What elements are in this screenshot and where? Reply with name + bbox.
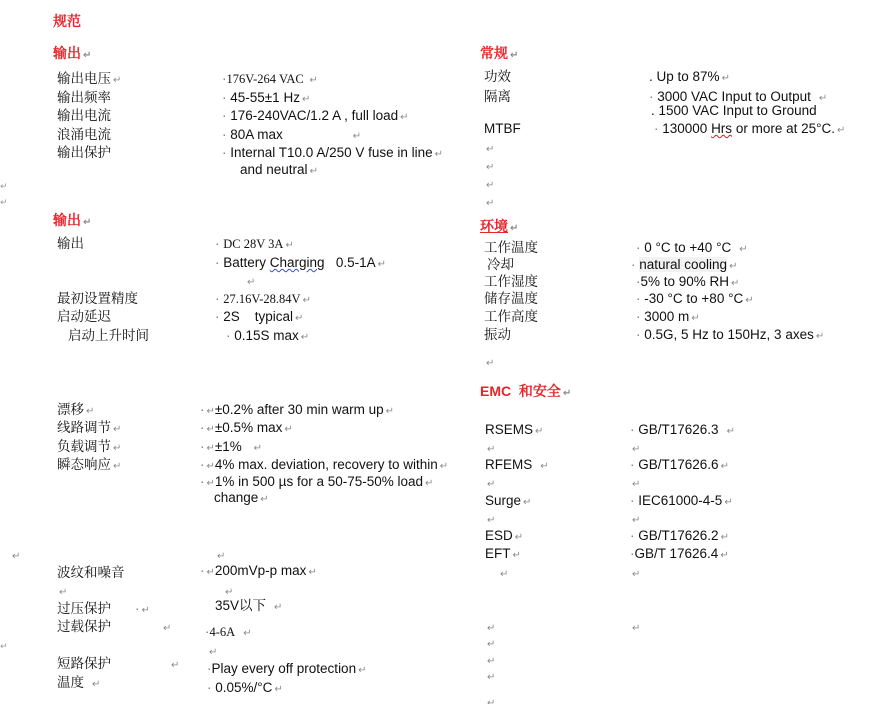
paragraph-mark-icon: [745, 295, 753, 306]
spec-label: 输出电压: [57, 71, 121, 89]
paragraph-mark-icon: [515, 532, 523, 543]
paragraph-mark-icon: [207, 478, 215, 489]
spec-value: 35V以下: [215, 598, 282, 616]
spec-value: · Internal T10.0 A/250 V fuse in line: [222, 145, 443, 163]
paragraph-mark-icon: [513, 550, 521, 561]
paragraph-mark-icon: [163, 623, 171, 634]
paragraph-mark-icon: [142, 605, 150, 616]
spec-label: 启动延迟: [57, 309, 111, 325]
section-heading-environment: 环境: [480, 218, 518, 237]
section-heading-general: 常规: [480, 45, 518, 64]
spec-value: ·±1%: [200, 439, 262, 457]
spec-label: 过压保护·: [57, 601, 150, 619]
spec-label: 储存温度: [484, 291, 538, 307]
paragraph-mark-icon: [400, 112, 408, 123]
paragraph-mark-icon: [523, 497, 531, 508]
spec-value-continued: . 1500 VAC Input to Ground: [651, 103, 817, 119]
paragraph-mark-icon: [819, 93, 827, 104]
paragraph-mark-icon: [113, 443, 121, 454]
spec-label: 工作湿度: [484, 274, 538, 290]
paragraph-mark-icon: [485, 475, 495, 493]
spec-value: · 0.05%/°C: [207, 680, 283, 698]
paragraph-mark-icon: [724, 497, 732, 508]
paragraph-mark-icon: [535, 426, 543, 437]
paragraph-mark-icon: [722, 73, 730, 84]
paragraph-mark-icon: [207, 424, 215, 435]
spec-value: ·±0.2% after 30 min warm up: [200, 402, 394, 420]
spec-value: · 45-55±1 Hz: [222, 90, 310, 108]
paragraph-mark-icon: [720, 550, 728, 561]
spec-label: 最初设置精度: [57, 291, 138, 307]
paragraph-mark-icon: ↵: [0, 638, 8, 654]
paragraph-mark-icon: [113, 424, 121, 435]
paragraph-mark-icon: [353, 131, 361, 142]
spec-value: ·GB/T 17626.4: [630, 546, 729, 564]
spec-value: · GB/T17626.6: [630, 457, 729, 475]
spec-value-continued: change: [214, 490, 269, 508]
spec-value: ·200mVp-p max: [200, 563, 317, 581]
spec-value: · Battery Charging 0.5-1A: [215, 255, 386, 273]
paragraph-mark-icon: [92, 679, 100, 690]
spec-value: ·176V-264 VAC: [222, 71, 318, 89]
paragraph-mark-icon: [10, 547, 20, 565]
paragraph-mark-icon: [378, 259, 386, 270]
spec-value: · DC 28V 3A: [215, 236, 294, 254]
spec-value: · 130000 Hrs or more at 25°C.: [654, 121, 845, 139]
paragraph-mark-icon: [484, 194, 494, 212]
spec-label: ESD: [485, 528, 523, 546]
document-title: 规范: [53, 13, 81, 29]
paragraph-mark-icon: [207, 406, 215, 417]
paragraph-mark-icon: [721, 461, 729, 472]
spec-label: 隔离: [484, 89, 511, 105]
section-heading-output: 输出: [53, 212, 91, 231]
spec-value: · 2S typical: [215, 309, 303, 327]
paragraph-mark-icon: [510, 50, 518, 61]
paragraph-mark-icon: [739, 244, 747, 255]
paragraph-mark-icon: [484, 354, 494, 372]
paragraph-mark-icon: [57, 583, 67, 601]
section-heading-input: 输出: [53, 45, 91, 64]
spec-label: 温度: [57, 675, 100, 693]
paragraph-mark-icon: [295, 313, 303, 324]
spec-value: · 3000 m: [636, 309, 700, 327]
spec-label: 过载保护: [57, 619, 171, 637]
spec-label: 线路调节: [57, 420, 121, 438]
paragraph-mark-icon: [171, 660, 179, 671]
paragraph-mark-icon: [484, 176, 494, 194]
paragraph-mark-icon: [310, 166, 318, 177]
spec-label: 波纹和噪音: [57, 565, 125, 581]
paragraph-mark-icon: [485, 635, 495, 653]
spec-value: · 176-240VAC/1.2 A , full load: [222, 108, 409, 126]
spec-label: 输出频率: [57, 90, 111, 106]
paragraph-mark-icon: [310, 75, 318, 86]
paragraph-mark-icon: [837, 125, 845, 136]
spec-value: · 27.16V-28.84V: [215, 291, 311, 309]
spec-label: 负载调节: [57, 439, 121, 457]
paragraph-mark-icon: [254, 443, 262, 454]
spec-value: · 0 °C to +40 °C: [636, 240, 748, 258]
paragraph-mark-icon: [485, 511, 495, 529]
spec-value: ·5% to 90% RH: [636, 274, 739, 292]
spec-label: 启动上升时间: [68, 328, 149, 344]
paragraph-mark-icon: [245, 273, 255, 291]
spec-value: . Up to 87%: [649, 69, 730, 87]
spec-label: RFEMS: [485, 457, 549, 475]
paragraph-mark-icon: [484, 140, 494, 158]
spec-label: 输出保护: [57, 145, 111, 161]
spec-label: 浪涌电流: [57, 127, 111, 143]
paragraph-mark-icon: [498, 565, 508, 583]
paragraph-mark-icon: [83, 50, 91, 61]
paragraph-mark-icon: [563, 388, 571, 399]
paragraph-mark-icon: [484, 158, 494, 176]
spec-value: ·Play every off protection: [207, 661, 366, 679]
paragraph-mark-icon: [440, 461, 448, 472]
spec-label: 漂移: [57, 402, 94, 420]
paragraph-mark-icon: [301, 332, 309, 343]
spec-label: MTBF: [484, 121, 521, 137]
paragraph-mark-icon: [83, 217, 91, 228]
paragraph-mark-icon: [303, 295, 311, 306]
paragraph-mark-icon: [729, 261, 737, 272]
spec-value: · GB/T17626.2: [630, 528, 729, 546]
paragraph-mark-icon: [274, 684, 282, 695]
spec-label: 工作高度: [484, 309, 538, 325]
paragraph-mark-icon: [207, 461, 215, 472]
paragraph-mark-icon: [207, 643, 217, 661]
paragraph-mark-icon: [284, 424, 292, 435]
spec-label: RSEMS: [485, 422, 543, 440]
paragraph-mark-icon: [721, 532, 729, 543]
spec-label: 工作温度: [484, 240, 538, 256]
paragraph-mark-icon: [274, 602, 282, 613]
spec-label: 瞬态响应: [57, 457, 121, 475]
paragraph-mark-icon: [386, 406, 394, 417]
spec-value: · GB/T17626.3: [630, 422, 735, 440]
paragraph-mark-icon: [485, 668, 495, 686]
spec-value-continued: and neutral: [240, 162, 318, 180]
paragraph-mark-icon: [731, 278, 739, 289]
spec-value: · IEC61000-4-5: [630, 493, 733, 511]
paragraph-mark-icon: [816, 331, 824, 342]
paragraph-mark-icon: [86, 406, 94, 417]
paragraph-mark-icon: [435, 149, 443, 160]
paragraph-mark-icon: [485, 694, 495, 704]
paragraph-mark-icon: [425, 478, 433, 489]
paragraph-mark-icon: [540, 461, 548, 472]
paragraph-mark-icon: [630, 511, 640, 529]
spec-label: 输出: [57, 236, 84, 252]
spec-value: · 0.15S max: [226, 328, 309, 346]
spec-label: 输出电流: [57, 108, 111, 124]
spec-value: ·4% max. deviation, recovery to within: [200, 457, 448, 475]
paragraph-mark-icon: ↵: [0, 194, 8, 210]
paragraph-mark-icon: [510, 221, 518, 237]
paragraph-mark-icon: [691, 313, 699, 324]
paragraph-mark-icon: [285, 240, 293, 251]
spec-value: · -30 °C to +80 °C: [636, 291, 754, 309]
paragraph-mark-icon: [113, 461, 121, 472]
spec-label: 短路保护: [57, 656, 179, 674]
spec-label: EFT: [485, 546, 521, 564]
paragraph-mark-icon: [727, 426, 735, 437]
paragraph-mark-icon: [485, 440, 495, 458]
paragraph-mark-icon: [630, 475, 640, 493]
paragraph-mark-icon: [302, 94, 310, 105]
paragraph-mark-icon: [358, 665, 366, 676]
spec-label: Surge: [485, 493, 531, 511]
paragraph-mark-icon: [113, 75, 121, 86]
spec-label: 振动: [484, 327, 511, 343]
paragraph-mark-icon: [260, 494, 268, 505]
spec-label: 功效: [484, 69, 511, 85]
spec-value: ·4-6A: [205, 624, 252, 642]
paragraph-mark-icon: [630, 619, 640, 637]
section-heading-emc-safety: EMC 和安全: [480, 383, 571, 402]
paragraph-mark-icon: [207, 567, 215, 578]
spec-value: ·±0.5% max: [200, 420, 293, 438]
spec-value: · 80A max: [222, 127, 361, 145]
spec-label: 冷却: [487, 257, 514, 273]
paragraph-mark-icon: [630, 440, 640, 458]
spec-value: · 0.5G, 5 Hz to 150Hz, 3 axes: [636, 327, 824, 345]
spec-value: · natural cooling: [631, 257, 737, 275]
paragraph-mark-icon: [308, 567, 316, 578]
paragraph-mark-icon: [243, 628, 251, 639]
paragraph-mark-icon: ↵: [0, 178, 8, 194]
paragraph-mark-icon: [630, 565, 640, 583]
paragraph-mark-icon: [207, 443, 215, 454]
